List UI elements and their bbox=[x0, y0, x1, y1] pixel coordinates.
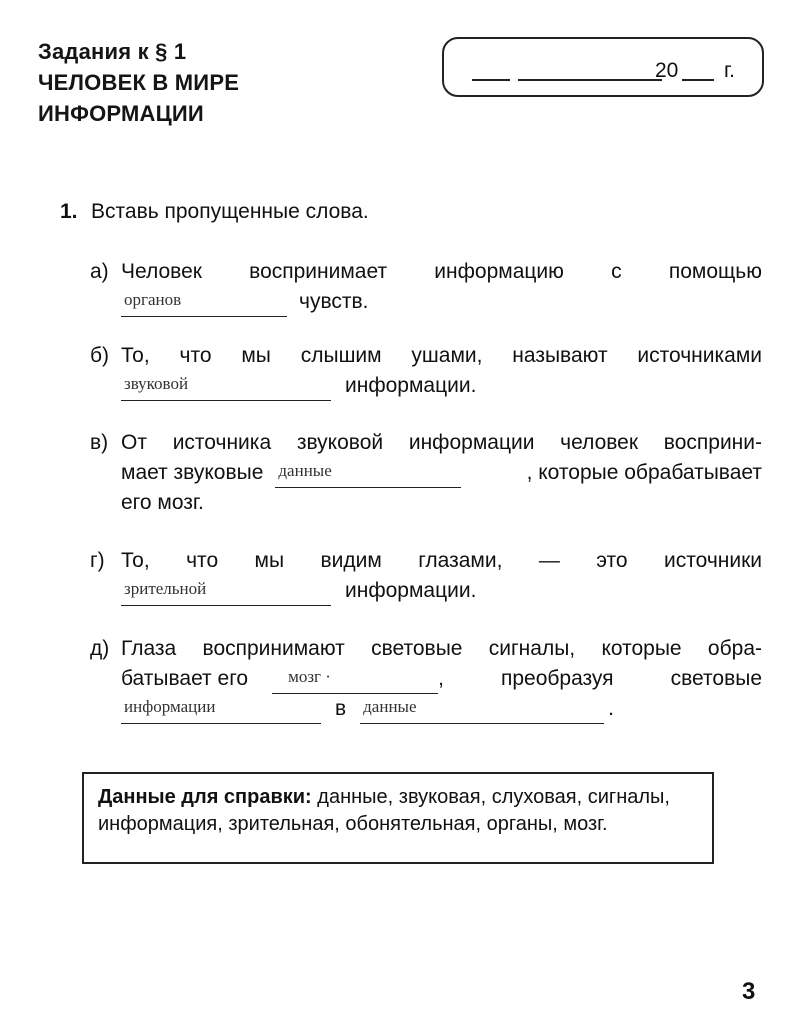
item-text: информации. bbox=[345, 371, 476, 401]
answer-blank[interactable]: данные bbox=[360, 697, 604, 724]
item-text: От источника звуковой информации человек… bbox=[121, 428, 762, 458]
section-title-line1: ЧЕЛОВЕК В МИРЕ bbox=[38, 67, 239, 98]
item-d: д) Глаза воспринимают световые сигналы, … bbox=[90, 634, 762, 724]
item-text: его мозг. bbox=[121, 488, 762, 518]
date-year-suffix: г. bbox=[724, 59, 735, 83]
answer-blank[interactable]: зрительной bbox=[121, 579, 331, 606]
item-text: батывает его bbox=[121, 664, 248, 694]
date-day-field[interactable] bbox=[472, 79, 510, 81]
section-heading: Задания к § 1 ЧЕЛОВЕК В МИРЕ ИНФОРМАЦИИ bbox=[38, 36, 239, 129]
reference-title: Данные для справки: bbox=[98, 786, 312, 808]
answer-blank[interactable]: мозг · bbox=[272, 667, 438, 694]
item-b: б) То, что мы слышим ушами, называют ист… bbox=[90, 341, 762, 401]
handwritten-answer: мозг · bbox=[288, 662, 331, 692]
reference-box: Данные для справки: данные, звуковая, сл… bbox=[82, 772, 714, 864]
item-label: г) bbox=[90, 546, 105, 576]
item-text: , которые обрабатывает bbox=[461, 458, 762, 488]
item-label: д) bbox=[90, 634, 109, 664]
date-month-field[interactable] bbox=[518, 79, 662, 81]
date-box: 20 г. bbox=[442, 37, 764, 97]
handwritten-answer: данные bbox=[278, 456, 331, 486]
item-text: . bbox=[608, 694, 614, 724]
section-title-line2: ИНФОРМАЦИИ bbox=[38, 98, 239, 129]
item-text: мает звуковые bbox=[121, 458, 263, 488]
item-text: Глаза воспринимают световые сигналы, кот… bbox=[121, 634, 762, 664]
item-a: а) Человек воспринимает информацию с пом… bbox=[90, 257, 762, 317]
task-instruction: Вставь пропущенные слова. bbox=[91, 200, 369, 224]
item-text: , преобразуя световые bbox=[438, 664, 762, 694]
item-v: в) От источника звуковой информации чело… bbox=[90, 428, 762, 518]
section-label: Задания к § 1 bbox=[38, 36, 239, 67]
task-number: 1. bbox=[60, 200, 78, 224]
item-text: в bbox=[335, 694, 346, 724]
item-text: То, что мы слышим ушами, называют источн… bbox=[121, 341, 762, 371]
handwritten-answer: органов bbox=[124, 285, 181, 315]
date-year-field[interactable] bbox=[682, 79, 714, 81]
handwritten-answer: зрительной bbox=[124, 574, 206, 604]
handwritten-answer: данные bbox=[363, 692, 416, 722]
item-label: б) bbox=[90, 341, 109, 371]
item-text: То, что мы видим глазами, — это источник… bbox=[121, 546, 762, 576]
item-label: в) bbox=[90, 428, 108, 458]
answer-blank[interactable]: органов bbox=[121, 290, 287, 317]
answer-blank[interactable]: данные bbox=[275, 461, 461, 488]
item-text: Человек воспринимает информацию с помощь… bbox=[121, 257, 762, 287]
page-number: 3 bbox=[742, 978, 755, 1006]
answer-blank[interactable]: звуковой bbox=[121, 374, 331, 401]
handwritten-answer: информации bbox=[124, 692, 215, 722]
handwritten-answer: звуковой bbox=[124, 369, 188, 399]
item-text: информации. bbox=[345, 576, 476, 606]
item-g: г) То, что мы видим глазами, — это источ… bbox=[90, 546, 762, 606]
item-text: чувств. bbox=[299, 287, 368, 317]
answer-blank[interactable]: информации bbox=[121, 697, 321, 724]
item-label: а) bbox=[90, 257, 109, 287]
date-year-prefix: 20 bbox=[655, 59, 678, 83]
